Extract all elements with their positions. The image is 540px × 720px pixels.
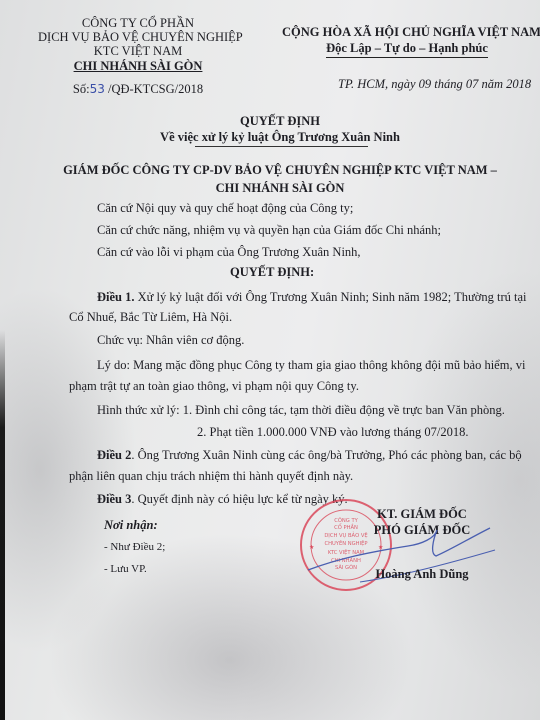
basis-line: Căn cứ chức năng, nhiệm vụ và quyền hạn …	[97, 222, 441, 238]
recipient-item: - Lưu VP.	[104, 563, 147, 575]
recipients-heading: Nơi nhận:	[104, 517, 158, 533]
recipient-item: - Như Điều 2;	[104, 541, 165, 553]
article-1-label: Điều 1.	[97, 290, 135, 304]
issuer-line-2: CHI NHÁNH SÀI GÒN	[40, 179, 520, 197]
basis-line: Căn cứ Nội quy và quy chế hoạt động của …	[97, 200, 353, 216]
article-1-penalty-1: Hình thức xử lý: 1. Đình chỉ công tác, t…	[97, 402, 505, 418]
article-1-address: Cổ Nhuế, Bắc Từ Liêm, Hà Nội.	[69, 309, 232, 325]
issuer-heading: GIÁM ĐỐC CÔNG TY CP-DV BẢO VỆ CHUYÊN NGH…	[40, 161, 520, 197]
national-motto: Độc Lập – Tự do – Hạnh phúc	[326, 40, 488, 58]
document-number: Số:53 /QĐ-KTCSG/2018	[38, 82, 238, 97]
article-2-label: Điều 2	[97, 448, 131, 462]
basis-line: Căn cứ vào lỗi vi phạm của Ông Trương Xu…	[97, 244, 361, 260]
signer-name: Hoàng Anh Dũng	[352, 567, 492, 582]
decision-title: QUYẾT ĐỊNH Về việc xử lý kỷ luật Ông Trư…	[40, 113, 520, 145]
article-1-text: Xử lý kỷ luật đối với Ông Trương Xuân Ni…	[135, 290, 527, 304]
doc-number-handwritten: 53	[90, 82, 105, 96]
branch-name: CHI NHÁNH SÀI GÒN	[38, 59, 238, 73]
title-subject: Về việc xử lý kỷ luật Ông Trương Xuân Ni…	[40, 129, 520, 145]
company-line: DỊCH VỤ BẢO VỆ CHUYÊN NGHIỆP	[38, 30, 238, 44]
decision-heading: QUYẾT ĐỊNH:	[230, 264, 314, 280]
article-2-text-cont: phận liên quan chịu trách nhiệm thi hành…	[69, 468, 353, 484]
branch-name-text: CHI NHÁNH SÀI GÒN	[74, 59, 203, 73]
article-1-position: Chức vụ: Nhân viên cơ động.	[97, 332, 244, 348]
issuer-line-1: GIÁM ĐỐC CÔNG TY CP-DV BẢO VỆ CHUYÊN NGH…	[40, 161, 520, 179]
article-1: Điều 1. Xử lý kỷ luật đối với Ông Trương…	[97, 289, 527, 305]
doc-number-prefix: Số:	[73, 82, 90, 96]
company-line: KTC VIỆT NAM	[38, 44, 238, 58]
title-divider	[195, 146, 368, 147]
article-1-penalty-2: 2. Phạt tiền 1.000.000 VNĐ vào lương thá…	[197, 424, 468, 440]
title-heading: QUYẾT ĐỊNH	[40, 113, 520, 129]
nation-name: CỘNG HÒA XÃ HỘI CHỦ NGHĨA VIỆT NAM	[282, 24, 532, 40]
doc-number-suffix: /QĐ-KTCSG/2018	[108, 82, 203, 96]
article-1-reason: Lý do: Mang mặc đồng phục Công ty tham g…	[97, 357, 525, 373]
article-2: Điều 2. Ông Trương Xuân Ninh cùng các ôn…	[97, 447, 522, 463]
company-line: CÔNG TY CỔ PHẦN	[38, 16, 238, 30]
national-header: CỘNG HÒA XÃ HỘI CHỦ NGHĨA VIỆT NAM Độc L…	[282, 24, 532, 58]
article-2-text: . Ông Trương Xuân Ninh cùng các ông/bà T…	[131, 448, 521, 462]
article-1-reason-cont: phạm trật tự an toàn giao thông, vi phạm…	[69, 378, 359, 394]
article-3-label: Điều 3	[97, 492, 131, 506]
company-header: CÔNG TY CỔ PHẦN DỊCH VỤ BẢO VỆ CHUYÊN NG…	[38, 16, 238, 73]
page-shadow-edge	[0, 330, 5, 720]
place-date: TP. HCM, ngày 09 tháng 07 năm 2018	[338, 77, 531, 92]
